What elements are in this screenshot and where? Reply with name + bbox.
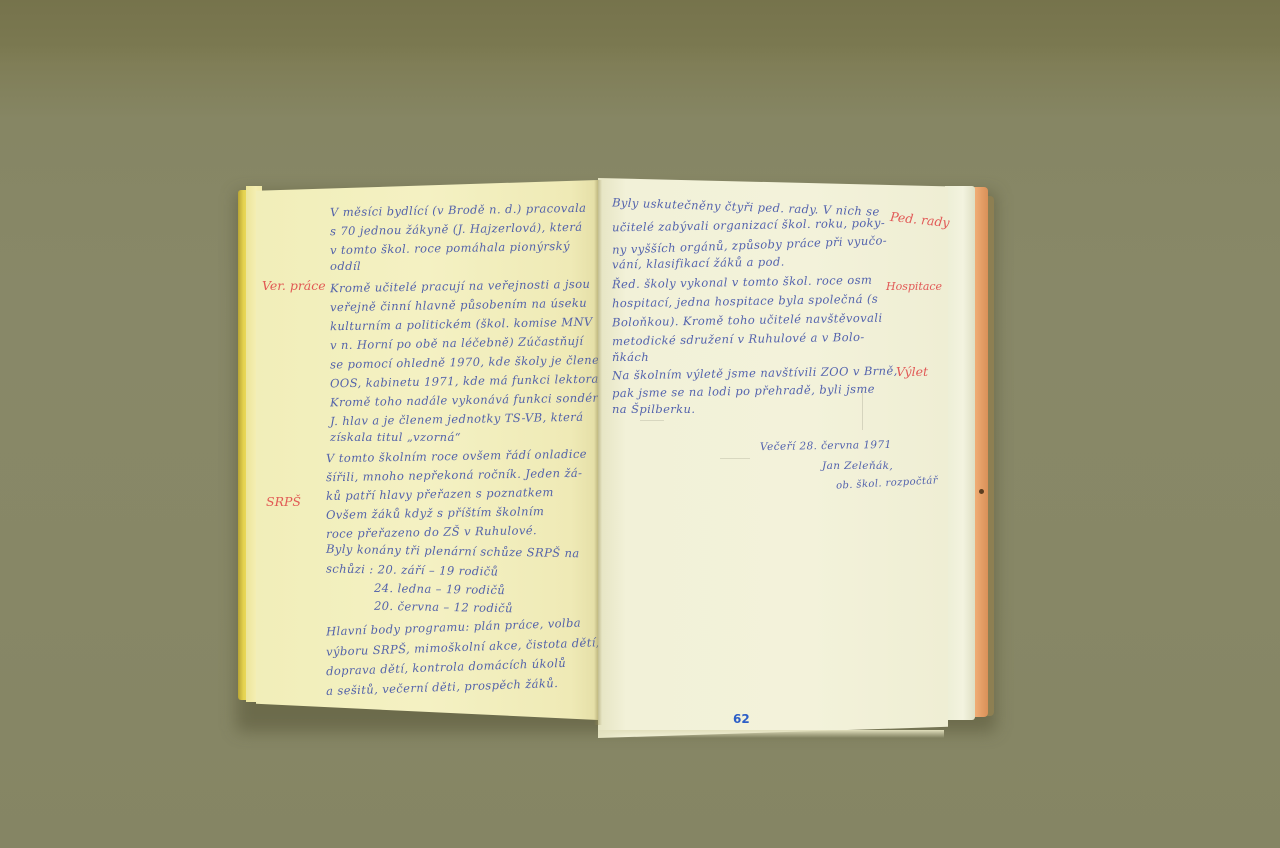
faint-rule <box>640 420 664 421</box>
faint-rule <box>720 458 750 459</box>
page-bottom-edge <box>598 730 944 738</box>
right-page-stack <box>945 186 975 720</box>
text-line: získala titul „vzorná“ <box>330 430 461 444</box>
photo-scene: Ver. práce SRPŠ V měsíci bydlící (v Brod… <box>0 0 1280 848</box>
margin-note-hospitace: Hospitace <box>886 280 942 293</box>
text-line: 20. června – 12 rodičů <box>374 599 513 615</box>
margin-note-prace: Ver. práce <box>262 278 326 293</box>
text-line: ňkách <box>612 350 649 364</box>
page-number: 62 <box>733 712 750 726</box>
text-line: schůzi : 20. září – 19 rodičů <box>326 561 499 578</box>
text-line: oddíl <box>330 259 361 273</box>
text-line: 24. ledna – 19 rodičů <box>374 581 505 597</box>
text-line: na Špilberku. <box>612 402 695 416</box>
book-gutter <box>594 180 602 725</box>
cover-mark <box>979 489 984 494</box>
margin-note-vylet: Výlet <box>896 364 928 379</box>
margin-note-srps: SRPŠ <box>266 494 301 509</box>
faint-rule <box>862 390 863 430</box>
signature-date: Večeří 28. června 1971 <box>760 439 892 453</box>
background-wall <box>0 0 1280 62</box>
signature-name: Jan Zeleňák, <box>822 460 893 472</box>
